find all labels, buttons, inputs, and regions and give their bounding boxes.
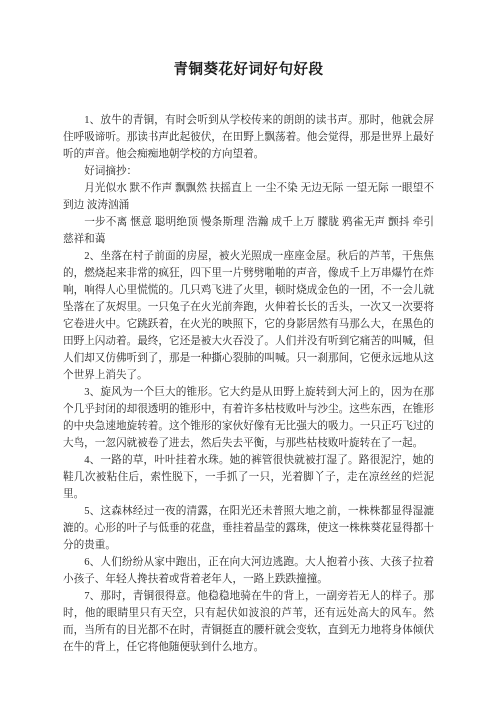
paragraph: 4、一路的草，叶叶挂着水珠。她的裤管很快就被打湿了。路很泥泞，她的鞋几次被粘住后…: [63, 452, 434, 503]
document-body: 1、放牛的青铜，有时会听到从学校传来的朗朗的读书声。那时，他就会屏住呼吸谛听。那…: [63, 112, 434, 656]
page-title: 青铜葵花好词好句好段: [63, 62, 434, 79]
paragraph: 3、旋风为一个巨大的锥形。它大约是从田野上旋转到大河上的，因为在那个几乎封闭的却…: [63, 384, 434, 452]
paragraph: 6、人们纷纷从家中跑出，正在向大河边逃跑。大人抱着小孩、大孩子拉着小孩子、年轻人…: [63, 554, 434, 588]
document-page: 青铜葵花好词好句好段 1、放牛的青铜，有时会听到从学校传来的朗朗的读书声。那时，…: [0, 0, 496, 702]
paragraph: 月光似水 默不作声 飘飘然 扶摇直上 一尘不染 无边无际 一望无际 一眼望不到边…: [63, 180, 434, 214]
paragraph: 7、那时，青铜很得意。他稳稳地骑在牛的背上，一副旁若无人的样子。那时，他的眼睛里…: [63, 588, 434, 656]
paragraph: 2、坐落在村子前面的房屋，被火光照成一座座金屋。秋后的芦苇，干焦焦的，燃烧起来非…: [63, 248, 434, 384]
paragraph: 5、这森林经过一夜的清露，在阳光还未普照大地之前，一株株都显得湿漉漉的。心形的叶…: [63, 503, 434, 554]
paragraph: 好词摘抄：: [63, 163, 434, 180]
paragraph: 1、放牛的青铜，有时会听到从学校传来的朗朗的读书声。那时，他就会屏住呼吸谛听。那…: [63, 112, 434, 163]
paragraph: 一步不离 惬意 聪明绝顶 慢条斯理 浩瀚 成千上万 朦胧 鸦雀无声 颤抖 牵引 …: [63, 214, 434, 248]
